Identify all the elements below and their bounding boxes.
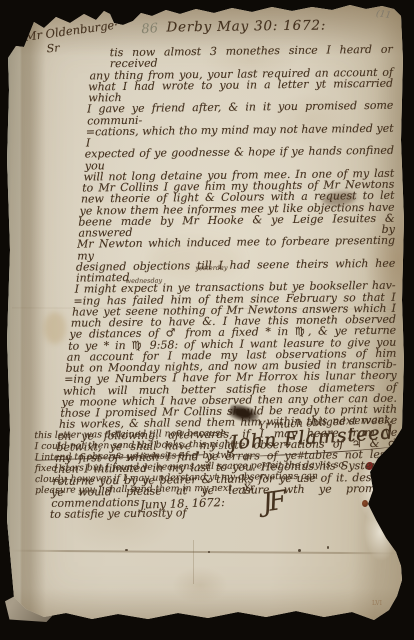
letter-page: Mr Oldenburge· Sr 86 Derby May 30: 1672:…: [0, 0, 414, 640]
scan-background: { "document": { "archival_number": "86",…: [0, 0, 414, 640]
manuscript-scan: Mr Oldenburge· Sr 86 Derby May 30: 1672:…: [0, 0, 414, 640]
archival-number-pencil: 86: [141, 21, 158, 37]
interlinear-insertion: yesterday: [195, 264, 227, 272]
interlinear-insertion: wednesday: [125, 277, 162, 285]
postscript-date: Juny 18. 1672:: [140, 495, 225, 512]
postscript-initials: JF: [260, 486, 285, 519]
addressee: Mr Oldenburge·: [24, 17, 119, 43]
handwritten-text-layer: Mr Oldenburge· Sr 86 Derby May 30: 1672:…: [0, 0, 414, 640]
place-date-line: Derby May 30: 1672:: [166, 18, 326, 36]
folio-number-pencil: (11: [375, 9, 391, 21]
postscript: this letter was detained till now becaus…: [34, 426, 344, 496]
postscript-initials-prefix: Yr: [242, 486, 252, 496]
catalog-corner-mark: LVI: [372, 600, 382, 607]
